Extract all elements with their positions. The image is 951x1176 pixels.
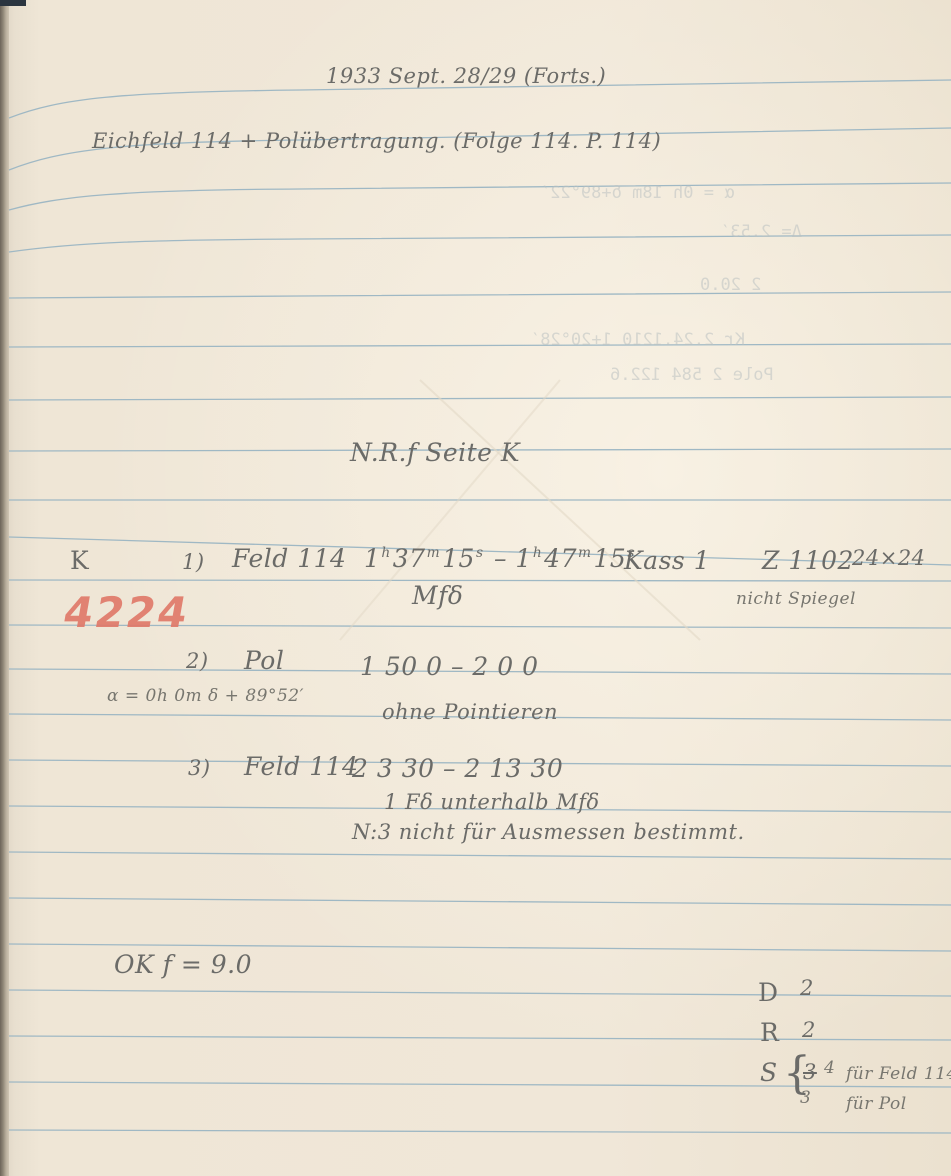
summary-s-struck: 3 — [803, 1062, 817, 1083]
bleed-through-line: α = 0h 18m δ+89°22′ — [540, 183, 734, 203]
entry-2-coords: α = 0h 0m δ + 89°52′ — [107, 688, 304, 705]
summary-s-label: S — [760, 1060, 778, 1085]
header-subtitle: Eichfeld 114 + Polübertragung. (Folge 11… — [92, 131, 661, 152]
entry-3-time-range: 2 3 30 – 2 13 30 — [352, 756, 563, 781]
entry-1-number: 1) — [182, 552, 205, 573]
entry-2-object: Pol — [244, 648, 284, 673]
bleed-through-line: Δ= 2.53′ — [720, 222, 802, 242]
summary-s-text-2: für Pol — [846, 1096, 907, 1113]
entry-1-plate: Z 1102 — [762, 548, 854, 573]
summary-s-text-1: für Feld 114 — [846, 1066, 951, 1083]
plate-number-red: 4224 — [60, 592, 192, 634]
entry-1-note-below: Mfδ — [412, 583, 463, 608]
entry-2-time-range: 1 50 0 – 2 0 0 — [360, 654, 539, 679]
entry-3-number: 3) — [188, 758, 211, 779]
entry-1-time-range: 1h37m15s – 1h47m15s — [364, 546, 637, 571]
entry-2-number: 2) — [186, 651, 209, 672]
margin-label-k: K — [70, 548, 89, 573]
entry-1-size: 24×24 — [852, 548, 926, 569]
summary-d-value: 2 — [800, 978, 814, 999]
summary-s-value-2: 3 — [800, 1090, 811, 1107]
summary-d-label: D — [758, 980, 779, 1005]
bleed-through-line: Kr 2.24.1210 1+20°28′ — [530, 330, 745, 350]
notebook-page: α = 0h 18m δ+89°22′ Δ= 2.53′ 2 20.0 Kr 2… — [0, 0, 951, 1176]
header-date: 1933 Sept. 28/29 (Forts.) — [326, 66, 606, 87]
entry-3-note-1: 1 Fδ unterhalb Mfδ — [384, 792, 600, 813]
section-heading: N.R.f Seite K — [350, 440, 520, 465]
entry-2-note-below: ohne Pointieren — [382, 702, 558, 723]
entry-1-note-right: nicht Spiegel — [736, 591, 856, 608]
focus-note: OK f = 9.0 — [114, 952, 252, 977]
entry-3-note-2: N:3 nicht für Ausmessen bestimmt. — [352, 822, 745, 843]
entry-3-object: Feld 114 — [244, 754, 358, 779]
summary-r-value: 2 — [802, 1020, 816, 1041]
bleed-through-line: 2 20.0 — [700, 275, 761, 295]
summary-r-label: R — [760, 1020, 779, 1045]
entry-1-object: Feld 114 — [232, 546, 346, 571]
bleed-through-line: Pole 2 584 122.6 — [610, 365, 774, 385]
summary-s-value-1: 4 — [824, 1060, 835, 1077]
entry-1-cassette: Kass 1 — [624, 548, 710, 573]
